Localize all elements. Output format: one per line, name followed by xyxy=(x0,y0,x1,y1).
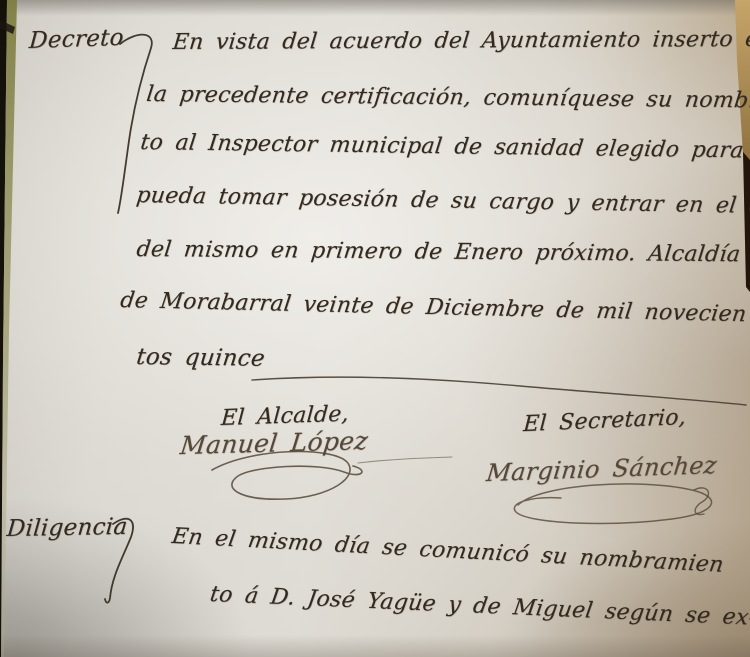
decree-line-7: tos quince xyxy=(135,344,266,372)
decree-line-5: del mismo en primero de Enero próximo. A… xyxy=(135,237,742,267)
margin-label-decreto: Decreto xyxy=(28,25,125,54)
alcalde-signature: Manuel López xyxy=(179,426,370,460)
margin-label-diligencia: Diligencia xyxy=(6,514,129,542)
scanned-manuscript-page: Decreto En vista del acuerdo del Ayuntam… xyxy=(0,0,750,657)
decree-line-1: En vista del acuerdo del Ayuntamiento in… xyxy=(172,27,750,55)
